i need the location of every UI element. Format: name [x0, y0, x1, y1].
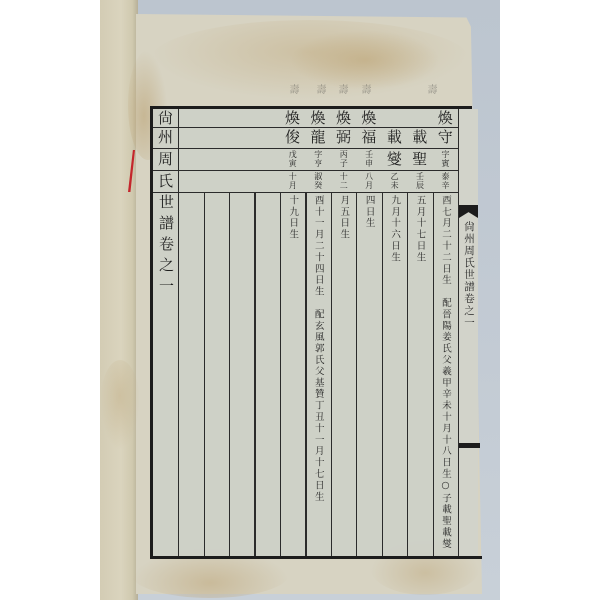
- name-char: 龍: [305, 127, 330, 148]
- genealogy-entry-column: 煥 守 字賓 泰辛 酉七月二十二日生 配晉陽姜氏父羲甲辛未十月十八日生○子載聖載…: [433, 109, 458, 556]
- birth-info: 泰辛: [433, 170, 458, 192]
- birth-year: 戊寅: [280, 148, 305, 170]
- lower-fishtail-bar: [459, 443, 480, 448]
- name-char: 守: [433, 127, 458, 148]
- birth-info: 八月: [356, 170, 381, 192]
- book-title-column: 尙 州 周 氏 世譜卷之一: [153, 109, 178, 556]
- entry-record-text: 五月十七日生: [407, 192, 432, 556]
- birth-info: 十月: [280, 170, 305, 192]
- top-margin-mark: 壽: [334, 84, 349, 94]
- title-column-divider: [178, 109, 179, 556]
- top-margin-mark: 壽: [357, 84, 372, 94]
- entry-record-text: 酉七月二十二日生 配晉陽姜氏父羲甲辛未十月十八日生○子載聖載燮: [433, 192, 458, 556]
- generation-char: 煥: [356, 109, 381, 127]
- name-char: 載: [382, 127, 407, 148]
- title-char: 周: [153, 148, 178, 170]
- generation-char: [382, 109, 407, 127]
- entry-record-text: 十九日生: [280, 192, 305, 556]
- courtesy-name: 字亨: [305, 148, 330, 170]
- genealogy-entry-column: 煥 龍 字亨 淑癸 酉十一月二十四日生 配玄風郭氏父基贊丁丑十一月十七日生: [305, 109, 330, 556]
- entry-record-text: 九月十六日生: [382, 192, 407, 556]
- title-continuation: 世譜卷之一: [153, 192, 178, 556]
- genealogy-entry-column: 載 燮 乙未 九月十六日生: [382, 109, 407, 556]
- water-stain: [100, 360, 140, 450]
- top-margin-mark: 壽: [423, 84, 438, 94]
- generation-char: 煥: [331, 109, 356, 127]
- title-char: 尙: [153, 109, 178, 127]
- top-margin-mark: 壽: [285, 84, 300, 94]
- top-margin-mark: 壽: [312, 84, 327, 94]
- water-stain: [290, 30, 440, 90]
- name-char: 弼: [331, 127, 356, 148]
- name-char: 燮: [382, 148, 407, 170]
- column-divider: [254, 192, 255, 556]
- entry-record-text: 酉十一月二十四日生 配玄風郭氏父基贊丁丑十一月十七日生: [305, 192, 330, 556]
- column-divider: [204, 192, 205, 556]
- entry-record-text: 月五日生: [331, 192, 356, 556]
- genealogy-entry-column: 載 聖 壬辰 五月十七日生: [407, 109, 432, 556]
- generation-char: 煥: [280, 109, 305, 127]
- generation-char: 煥: [433, 109, 458, 127]
- birth-info: 淑癸: [305, 170, 330, 192]
- birth-year: 丙子: [331, 148, 356, 170]
- birth-info: 十二: [331, 170, 356, 192]
- courtesy-name: 字賓: [433, 148, 458, 170]
- birth-year: 壬辰: [407, 170, 432, 192]
- birth-year: 壬申: [356, 148, 381, 170]
- name-char: 聖: [407, 148, 432, 170]
- column-divider: [229, 192, 230, 556]
- genealogy-entry-column: 煥 福 壬申 八月 四日生: [356, 109, 381, 556]
- fold-title: 尙州周氏世譜卷之一: [459, 221, 478, 336]
- genealogy-entry-column: 煥 弼 丙子 十二 月五日生: [331, 109, 356, 556]
- birth-year: 乙未: [382, 170, 407, 192]
- name-char: 載: [407, 127, 432, 148]
- name-char: 俊: [280, 127, 305, 148]
- generation-char: 煥: [305, 109, 330, 127]
- name-char: 福: [356, 127, 381, 148]
- title-char: 州: [153, 127, 178, 148]
- title-char: 氏: [153, 170, 178, 192]
- entry-record-text: 四日生: [356, 192, 381, 556]
- generation-char: [407, 109, 432, 127]
- frame-border-bottom: [150, 556, 482, 559]
- genealogy-entry-column: 煥 俊 戊寅 十月 十九日生: [280, 109, 305, 556]
